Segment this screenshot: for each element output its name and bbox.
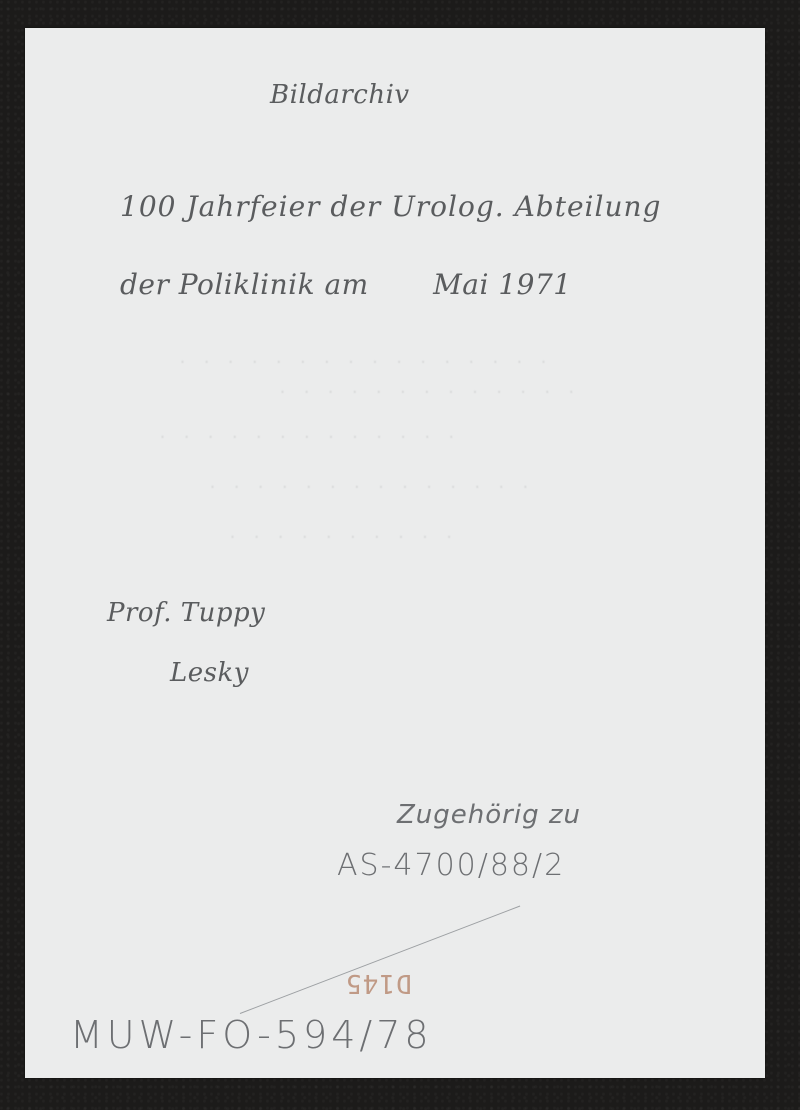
caption-date: Mai 1971 (433, 268, 571, 301)
caption-line-2: der Poliklinik am Mai 1971 (120, 268, 572, 301)
caption-line-1: 100 Jahrfeier der Urolog. Abteilung (120, 190, 661, 223)
names-line-1: Prof. Tuppy (107, 598, 265, 628)
show-through-text: · · · · · · · · · · (225, 528, 454, 546)
show-through-text: · · · · · · · · · · · · · · (205, 478, 530, 496)
names-line-2: Lesky (170, 658, 249, 688)
reference-label: Zugehörig zu (397, 800, 581, 830)
stamp-number: D145 (345, 968, 412, 998)
show-through-text: · · · · · · · · · · · · · (275, 383, 576, 401)
show-through-text: · · · · · · · · · · · · · (155, 428, 456, 446)
show-through-text: · · · · · · · · · · · · · · · · (175, 353, 548, 371)
reference-number: AS-4700/88/2 (337, 848, 565, 883)
photo-back-paper: · · · · · · · · · · · · · · · · · · · · … (25, 28, 765, 1078)
archive-number: MUW-FO-594/78 (70, 1013, 433, 1057)
archive-heading: Bildarchiv (270, 80, 410, 110)
caption-location: der Poliklinik am (120, 268, 369, 301)
